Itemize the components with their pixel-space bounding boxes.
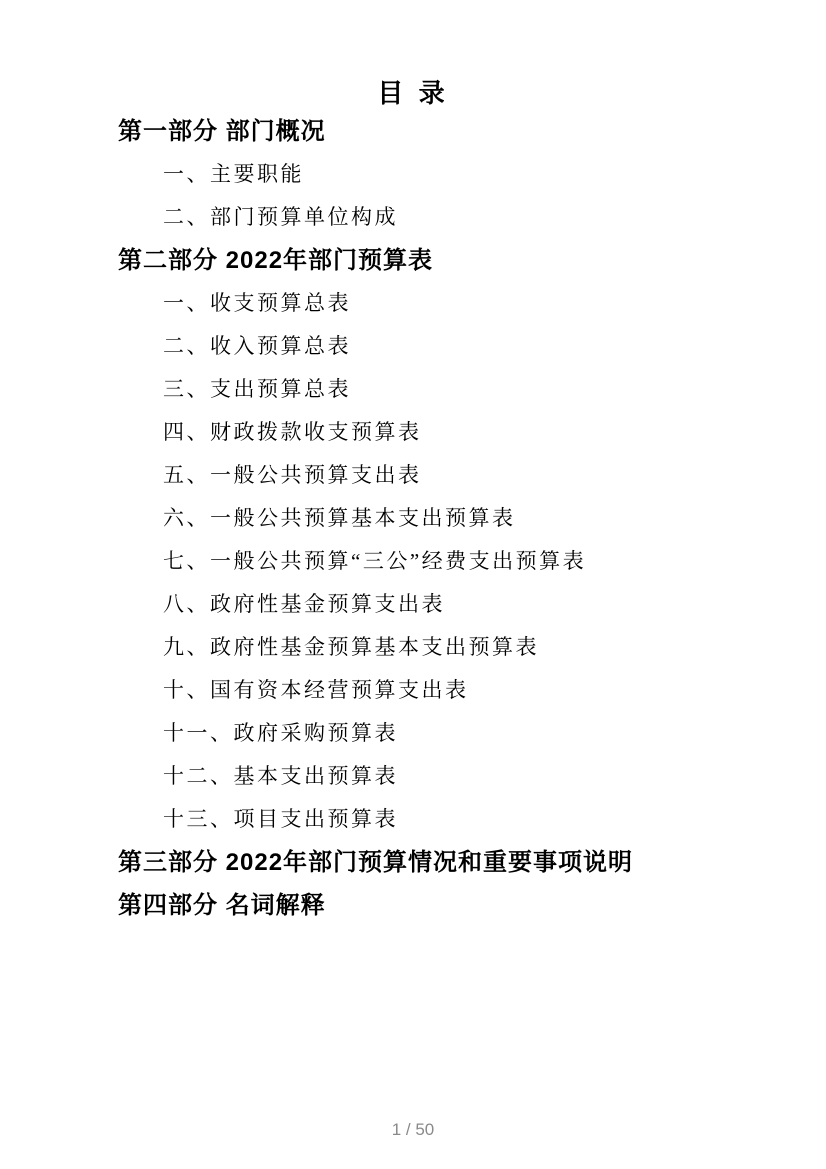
toc-item: 一、收支预算总表 bbox=[163, 282, 826, 325]
toc-item: 十、国有资本经营预算支出表 bbox=[163, 669, 826, 712]
toc-item: 二、收入预算总表 bbox=[163, 325, 826, 368]
toc-section-heading-4: 第四部分 名词解释 bbox=[118, 884, 826, 927]
toc-item: 五、一般公共预算支出表 bbox=[163, 454, 826, 497]
toc-item: 九、政府性基金预算基本支出预算表 bbox=[163, 626, 826, 669]
page-title: 目 录 bbox=[0, 0, 826, 110]
toc-item: 八、政府性基金预算支出表 bbox=[163, 583, 826, 626]
document-page: 目 录 第一部分 部门概况 一、主要职能 二、部门预算单位构成 第二部分 202… bbox=[0, 0, 826, 1169]
toc-item: 一、主要职能 bbox=[163, 153, 826, 196]
toc-item: 四、财政拨款收支预算表 bbox=[163, 411, 826, 454]
toc-section-heading-3: 第三部分 2022年部门预算情况和重要事项说明 bbox=[118, 841, 826, 884]
toc-item: 三、支出预算总表 bbox=[163, 368, 826, 411]
toc-section-heading-2: 第二部分 2022年部门预算表 bbox=[118, 239, 826, 282]
toc-item: 六、一般公共预算基本支出预算表 bbox=[163, 497, 826, 540]
toc-section-heading-1: 第一部分 部门概况 bbox=[118, 110, 826, 153]
table-of-contents: 第一部分 部门概况 一、主要职能 二、部门预算单位构成 第二部分 2022年部门… bbox=[0, 110, 826, 927]
toc-item: 十三、项目支出预算表 bbox=[163, 798, 826, 841]
toc-item: 十一、政府采购预算表 bbox=[163, 712, 826, 755]
toc-item: 二、部门预算单位构成 bbox=[163, 196, 826, 239]
toc-item: 七、一般公共预算“三公”经费支出预算表 bbox=[163, 540, 826, 583]
page-number-indicator: 1 / 50 bbox=[0, 1120, 826, 1140]
toc-item: 十二、基本支出预算表 bbox=[163, 755, 826, 798]
